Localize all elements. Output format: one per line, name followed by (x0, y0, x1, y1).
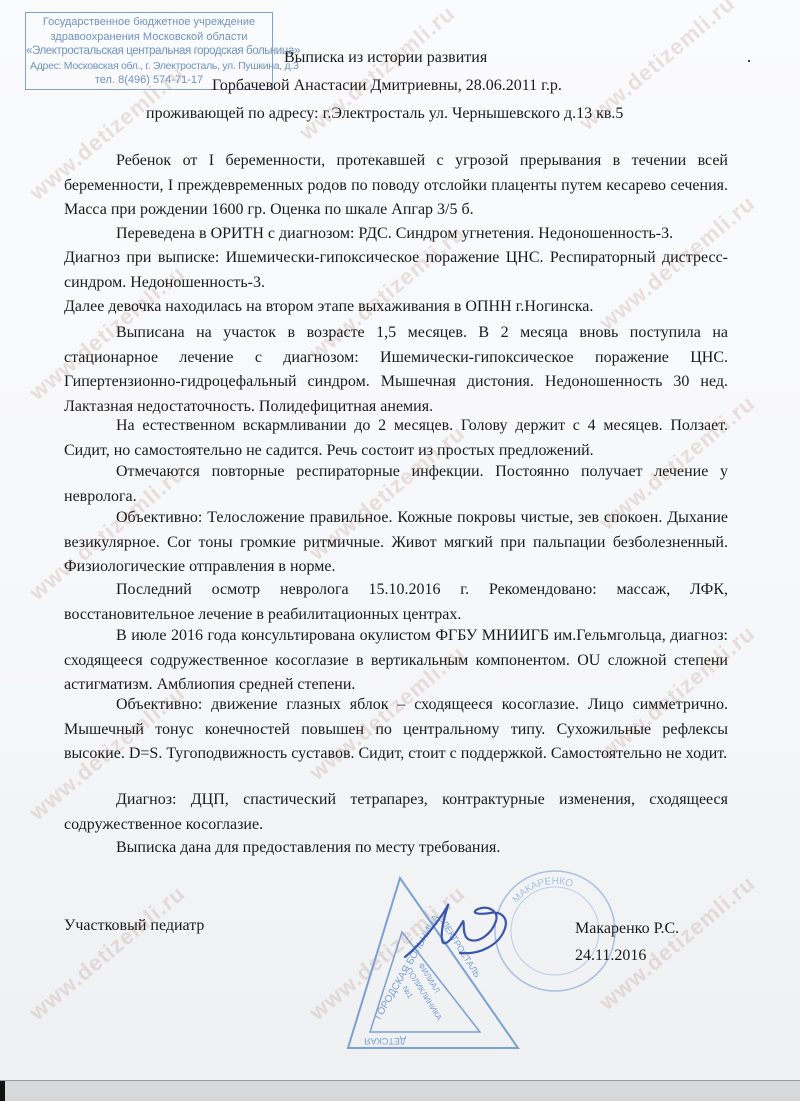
paragraph-infections: Отмечаются повторные респираторные инфек… (64, 460, 728, 509)
paragraph-discharge-diagnosis: Диагноз при выписке: Ишемически-гипоксич… (64, 246, 728, 295)
watermark: www.detizemli.ru (24, 880, 190, 1025)
signer-name: Макаренко Р.С. (575, 917, 679, 941)
patient-address: проживающей по адресу: г.Электросталь ул… (146, 102, 623, 126)
stamp-line: Государственное бюджетное учреждение (26, 15, 272, 30)
paragraph-final-diagnosis: Диагноз: ДЦП, спастический тетрапарез, к… (64, 788, 728, 837)
paragraph-objective-general: Объективно: Телосложение правильное. Кож… (64, 506, 728, 580)
paragraph-readmission: Выписана на участок в возрасте 1,5 месяц… (64, 321, 728, 419)
signature-icon (400, 895, 515, 965)
stamp-line: «Электростальская центральная городская … (26, 44, 272, 59)
speck (748, 60, 750, 62)
svg-text:№1: №1 (400, 984, 415, 1000)
paragraph-purpose: Выписка дана для предоставления по месту… (64, 836, 728, 861)
patient-name: Горбачевой Анастасии Дмитриевны, 28.06.2… (212, 74, 562, 98)
paragraph-neurologist: Последний осмотр невролога 15.10.2016 г.… (64, 578, 728, 627)
paragraph-birth: Ребенок от I беременности, протекавшей с… (64, 149, 728, 223)
stamp-line: здравоохранения Московской области (26, 30, 272, 45)
document-title: Выписка из истории развития (284, 46, 487, 70)
stamp-line: Адрес: Московская обл., г. Электросталь,… (26, 59, 272, 74)
scan-bottom-edge (0, 1080, 800, 1101)
svg-text:ДЕТСКАЯ: ДЕТСКАЯ (364, 1036, 406, 1046)
paragraph-transfer: Переведена в ОРИТН с диагнозом: РДС. Син… (64, 222, 728, 247)
paragraph-development: На естественном вскармливании до 2 месяц… (64, 414, 728, 463)
paragraph-second-stage: Далее девочка находилась на втором этапе… (64, 295, 728, 320)
svg-text:МАКАРЕНКО: МАКАРЕНКО (511, 876, 575, 905)
paragraph-objective-neuro: Объективно: движение глазных яблок – схо… (64, 693, 728, 767)
document-page: www.detizemli.ru www.detizemli.ru www.de… (0, 0, 800, 1080)
paragraph-ophthalmology: В июле 2016 года консультирована окулист… (64, 624, 728, 698)
signer-position: Участковый педиатр (64, 914, 204, 938)
signature-date: 24.11.2016 (575, 944, 646, 968)
